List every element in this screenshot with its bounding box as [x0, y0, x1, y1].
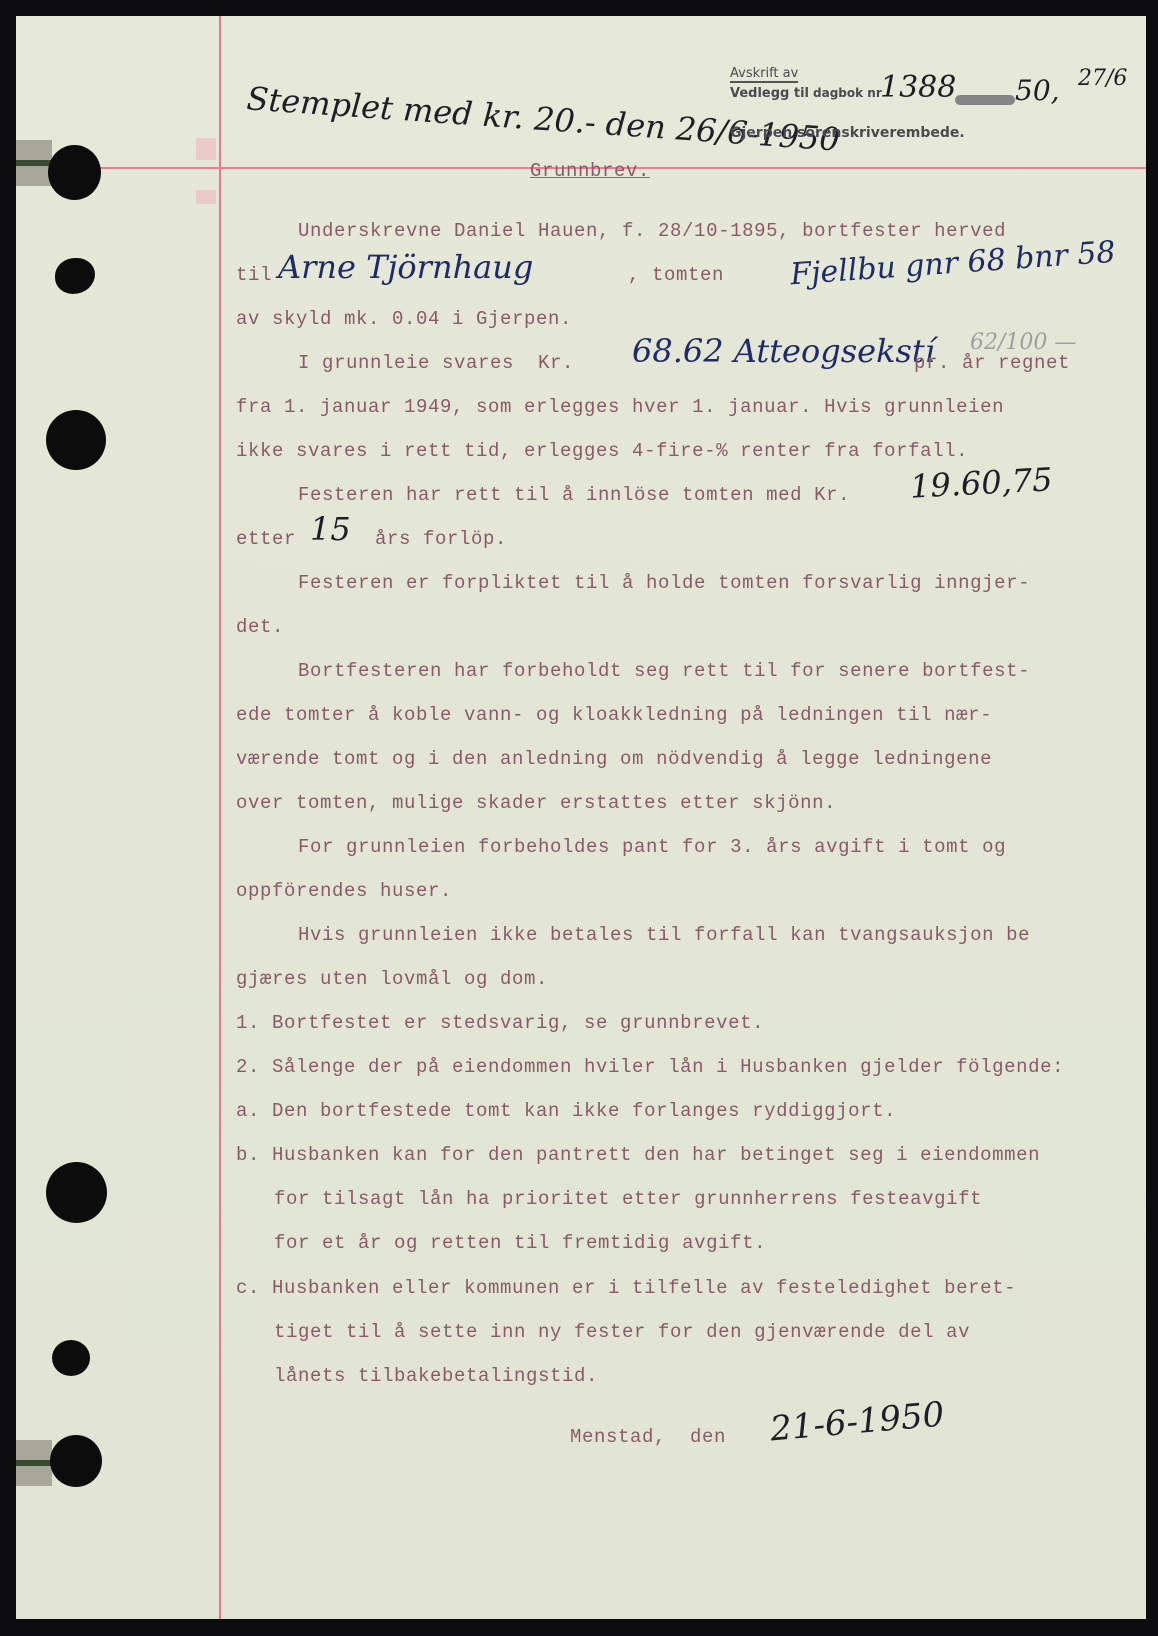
binder-hole-icon: [48, 145, 101, 200]
place-date-line: Menstad, den: [570, 1426, 726, 1448]
clause-2: 2. Sålenge der på eiendommen hviler lån …: [236, 1056, 1064, 1078]
clause-b-cont: for tilsagt lån ha prioritet etter grunn…: [274, 1188, 982, 1210]
pink-mark: [196, 190, 216, 204]
clause-1: 1. Bortfestet er stedsvarig, se grunnbre…: [236, 1012, 764, 1034]
body-line: Festeren har rett til å innlöse tomten m…: [298, 484, 850, 506]
body-line: års forlöp.: [375, 528, 507, 550]
document-title: Grunnbrev.: [530, 160, 650, 182]
body-line: det.: [236, 616, 284, 638]
body-line: over tomten, mulige skader erstattes ett…: [236, 792, 836, 814]
body-line: værende tomt og i den anledning om nödve…: [236, 748, 992, 770]
binder-hole-icon: [52, 1340, 90, 1376]
clause-a: a. Den bortfestede tomt kan ikke forlang…: [236, 1100, 896, 1122]
binder-tab: [16, 1440, 52, 1486]
body-line: etter: [236, 528, 296, 550]
dagbok-number: 1388: [880, 70, 956, 105]
binder-hole-icon: [50, 1435, 102, 1487]
clause-b-cont: for et år og retten til fremtidig avgift…: [274, 1232, 766, 1254]
margin-line-vertical: [219, 16, 221, 1619]
binder-hole-icon: [46, 410, 106, 470]
body-line: fra 1. januar 1949, som erlegges hver 1.…: [236, 396, 1004, 418]
ink-smudge: [955, 95, 1015, 105]
body-line: I grunnleie svares Kr.: [298, 352, 574, 374]
pink-mark: [196, 138, 216, 160]
clause-c-cont: tiget til å sette inn ny fester for den …: [274, 1321, 970, 1343]
dagbok-year: 50,: [1015, 74, 1060, 107]
lessee-name-handwritten: Arne Tjörnhaug: [278, 248, 533, 286]
body-line: Hvis grunnleien ikke betales til forfall…: [298, 924, 1030, 946]
body-line: til: [236, 264, 272, 286]
redemption-amount-handwritten: 19.60,75: [909, 460, 1053, 505]
body-line: av skyld mk. 0.04 i Gjerpen.: [236, 308, 572, 330]
body-line: ikke svares i rett tid, erlegges 4-fire-…: [236, 440, 968, 462]
body-line: oppförendes huser.: [236, 880, 452, 902]
stamp-line2: Vedlegg til: [730, 86, 809, 101]
body-line: Bortfesteren har forbeholdt seg rett til…: [298, 660, 1030, 682]
clause-b: b. Husbanken kan for den pantrett den ha…: [236, 1144, 1040, 1166]
stamp-line1: Avskrift av: [730, 66, 798, 83]
clause-c: c. Husbanken eller kommunen er i tilfell…: [236, 1277, 1016, 1299]
stamp-date: 27/6: [1078, 66, 1127, 91]
rent-amount-handwritten: 68.62 Atteogsekstí: [632, 332, 935, 370]
body-line: pr. år regnet: [914, 352, 1070, 374]
body-line: Underskrevne Daniel Hauen, f. 28/10-1895…: [298, 220, 1006, 242]
clause-c-cont: lånets tilbakebetalingstid.: [274, 1365, 598, 1387]
stamp-office: Gjerpen sorenskriverembede.: [730, 125, 965, 141]
years-handwritten: 15: [310, 510, 351, 548]
body-line: , tomten: [628, 264, 724, 286]
body-line: Festeren er forpliktet til å holde tomte…: [298, 572, 1030, 594]
binder-hole-icon: [46, 1162, 107, 1223]
body-line: gjæres uten lovmål og dom.: [236, 968, 548, 990]
body-line: ede tomter å koble vann- og kloakklednin…: [236, 704, 992, 726]
binder-tab: [16, 140, 52, 186]
body-line: For grunnleien forbeholdes pant for 3. å…: [298, 836, 1006, 858]
stamp-dagbok-label: dagbok nr: [813, 86, 882, 100]
